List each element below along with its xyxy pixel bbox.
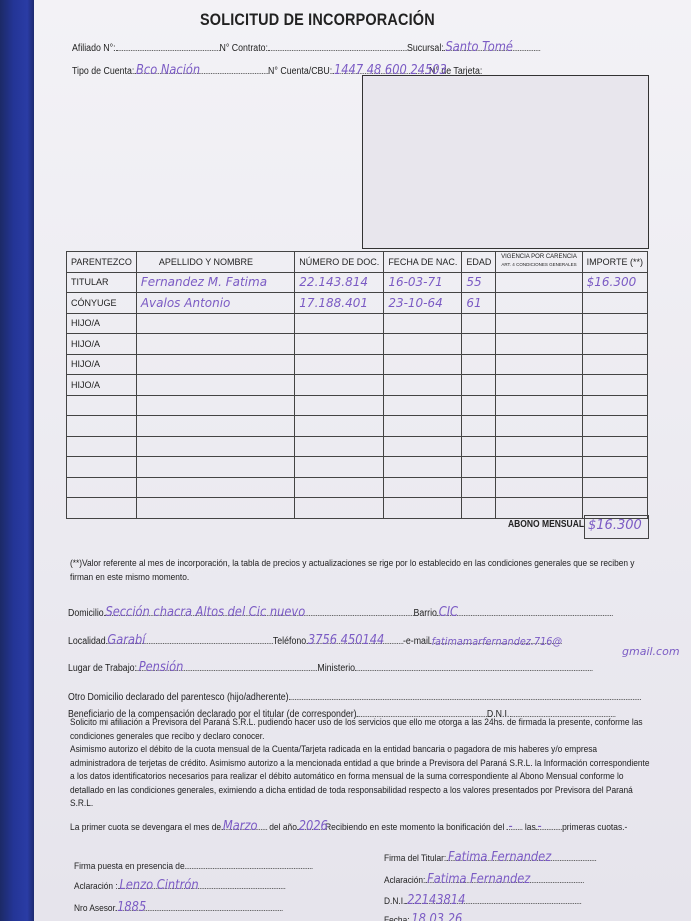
cell-importe[interactable] (582, 416, 647, 437)
asesor-row: Nro Asesor1885 (74, 900, 283, 914)
cell-vigencia[interactable] (496, 293, 582, 314)
trabajo-row: Lugar de Trabajo:PensiónMinisterio (68, 660, 593, 674)
telefono-field[interactable]: 3756 450144 (306, 633, 403, 647)
table-row: HIJO/A (67, 354, 648, 375)
cell-fecha[interactable] (384, 313, 462, 334)
cuenta-label: N° Cuenta/CBU: (268, 66, 332, 77)
cell-doc[interactable]: 17.188.401 (295, 293, 384, 314)
afiliado-label: Afiliado N°: (72, 43, 116, 54)
col-importe: IMPORTE (**) (582, 252, 647, 273)
cell-edad[interactable] (462, 313, 496, 334)
binder-edge (0, 0, 34, 921)
cell-nombre[interactable] (136, 334, 294, 355)
primeras-label: primeras cuotas.- (562, 822, 627, 833)
cell-doc[interactable] (295, 498, 384, 519)
asesor-label: Nro Asesor (74, 903, 115, 914)
contrato-field[interactable] (268, 40, 407, 54)
cell-doc[interactable] (295, 457, 384, 478)
cell-fecha[interactable] (384, 395, 462, 416)
cell-importe[interactable] (582, 293, 647, 314)
dni-right-field[interactable]: 22143814 (405, 893, 581, 907)
aclaracion-right-row: Aclaración:Fatima Fernandez (384, 872, 584, 886)
cell-edad[interactable] (462, 354, 496, 375)
presencia-row: Firma puesta en presencia de (74, 858, 312, 872)
cell-nombre[interactable] (136, 395, 294, 416)
cell-fecha[interactable]: 16-03-71 (384, 272, 462, 293)
table-row: HIJO/A (67, 334, 648, 355)
fecha-field[interactable]: 18.03.26 (410, 912, 586, 921)
email-label: e-mail (406, 636, 430, 647)
cell-parentezco (67, 477, 137, 498)
table-row: HIJO/A (67, 313, 648, 334)
terms-paragraph-2: Asimismo autorizo el débito de la cuota … (70, 743, 653, 811)
cell-fecha[interactable] (384, 375, 462, 396)
cell-parentezco (67, 416, 137, 437)
cell-importe[interactable] (582, 354, 647, 375)
otro-domicilio-field[interactable] (289, 689, 641, 703)
cell-vigencia[interactable] (496, 457, 582, 478)
otro-domicilio-row: Otro Domicilio declarado del parentesco … (68, 689, 641, 703)
titular-signature-row: Firma del Titular:Fatima Fernandez (384, 850, 596, 864)
titular-signature-field[interactable]: Fatima Fernandez (446, 850, 596, 864)
table-row: CÓNYUGEAvalos Antonio17.188.40123-10-646… (67, 293, 648, 314)
cell-vigencia[interactable] (496, 375, 582, 396)
cell-parentezco: HIJO/A (67, 334, 137, 355)
aclaracion-right-field[interactable]: Fatima Fernandez (425, 872, 583, 886)
asesor-field[interactable]: 1885 (115, 900, 282, 914)
cell-parentezco (67, 395, 137, 416)
bonificacion-label: Recibiendo en este momento la bonificaci… (325, 822, 504, 833)
cell-doc[interactable]: 22.143.814 (295, 272, 384, 293)
cell-nombre[interactable] (136, 416, 294, 437)
abono-field[interactable]: $16.300 (584, 515, 649, 539)
cell-fecha[interactable] (384, 457, 462, 478)
anio-label: del año (269, 822, 297, 833)
email-field[interactable]: fatimamarfernandez.716@ (430, 633, 562, 647)
tipo-cuenta-field[interactable]: Bco Nación (134, 63, 268, 77)
footnote: (**)Valor referente al mes de incorporac… (70, 557, 653, 584)
cuota-anio-field[interactable]: 2026 (297, 819, 325, 833)
cell-parentezco: TITULAR (67, 272, 137, 293)
aclaracion-left-field[interactable]: Lenzo Cintrón (118, 878, 285, 892)
cell-doc[interactable] (295, 334, 384, 355)
aclaracion-right-label: Aclaración: (384, 875, 425, 886)
cell-importe[interactable]: $16.300 (582, 272, 647, 293)
cuota-label: La primer cuota se devengara el mes de (70, 822, 221, 833)
cell-edad[interactable] (462, 477, 496, 498)
cell-vigencia[interactable] (496, 477, 582, 498)
bonificacion-field[interactable]: - (507, 819, 523, 833)
col-doc: NÚMERO DE DOC. (295, 252, 384, 273)
col-parentezco: PARENTEZCO (67, 252, 137, 273)
cell-vigencia[interactable] (496, 498, 582, 519)
presencia-signature[interactable] (185, 858, 313, 872)
barrio-label: Barrio (413, 608, 436, 619)
domicilio-field[interactable]: Sección chacra Altos del Cic nuevo (104, 605, 414, 619)
presencia-label: Firma puesta en presencia de (74, 861, 185, 872)
cuota-mes-field[interactable]: Marzo (221, 819, 267, 833)
aclaracion-left-row: Aclaración :Lenzo Cintrón (74, 878, 285, 892)
cell-importe[interactable] (582, 334, 647, 355)
cell-parentezco (67, 436, 137, 457)
cell-vigencia[interactable] (496, 416, 582, 437)
sucursal-field[interactable]: Santo Tomé (444, 40, 541, 54)
cell-edad[interactable] (462, 416, 496, 437)
cell-importe[interactable] (582, 436, 647, 457)
domicilio-row: DomicilioSección chacra Altos del Cic nu… (68, 605, 613, 619)
header-row-1: Afiliado N°:N° Contrato:Sucursal:Santo T… (72, 40, 541, 54)
cell-nombre[interactable] (136, 436, 294, 457)
table-row (67, 436, 648, 457)
table-row (67, 395, 648, 416)
email-continuation: gmail.com (622, 645, 680, 658)
cell-doc[interactable] (295, 436, 384, 457)
cell-importe[interactable] (582, 375, 647, 396)
dni-right-row: D.N.I.22143814 (384, 893, 581, 907)
cell-vigencia[interactable] (496, 272, 582, 293)
cell-vigencia[interactable] (496, 436, 582, 457)
table-row: TITULARFernandez M. Fatima22.143.81416-0… (67, 272, 648, 293)
localidad-row: LocalidadGarabíTeléfono3756 450144-e-mai… (68, 633, 562, 647)
titular-signature-label: Firma del Titular: (384, 853, 446, 864)
cell-parentezco: HIJO/A (67, 313, 137, 334)
cell-edad[interactable] (462, 375, 496, 396)
afiliado-field[interactable] (116, 40, 220, 54)
cell-parentezco (67, 498, 137, 519)
table-row (67, 416, 648, 437)
contrato-label: N° Contrato: (219, 43, 268, 54)
cell-nombre[interactable]: Fernandez M. Fatima (136, 272, 294, 293)
cell-parentezco: HIJO/A (67, 354, 137, 375)
cell-nombre[interactable] (136, 375, 294, 396)
cell-nombre[interactable] (136, 313, 294, 334)
col-nombre: APELLIDO Y NOMBRE (136, 252, 294, 273)
abono-label: ABONO MENSUAL (508, 519, 584, 530)
cell-importe[interactable] (582, 313, 647, 334)
cell-edad[interactable] (462, 334, 496, 355)
cell-doc[interactable] (295, 313, 384, 334)
cell-doc[interactable] (295, 416, 384, 437)
table-header-row: PARENTEZCO APELLIDO Y NOMBRE NÚMERO DE D… (67, 252, 648, 273)
trabajo-label: Lugar de Trabajo: (68, 663, 137, 674)
cell-doc[interactable] (295, 354, 384, 375)
localidad-label: Localidad (68, 636, 106, 647)
fecha-label: Fecha: (384, 915, 410, 921)
cell-parentezco: CÓNYUGE (67, 293, 137, 314)
cell-edad[interactable]: 61 (462, 293, 496, 314)
cell-vigencia[interactable] (496, 395, 582, 416)
cell-fecha[interactable] (384, 436, 462, 457)
cell-fecha[interactable] (384, 477, 462, 498)
cell-vigencia[interactable] (496, 313, 582, 334)
cell-nombre[interactable] (136, 477, 294, 498)
cell-doc[interactable] (295, 375, 384, 396)
aclaracion-left-label: Aclaración : (74, 881, 118, 892)
cell-nombre[interactable] (136, 498, 294, 519)
col-edad: EDAD (462, 252, 496, 273)
cell-edad[interactable] (462, 498, 496, 519)
cell-parentezco (67, 457, 137, 478)
cell-doc[interactable] (295, 395, 384, 416)
ministerio-field[interactable] (355, 660, 593, 674)
fecha-row: Fecha:18.03.26 (384, 912, 586, 921)
cell-edad[interactable] (462, 436, 496, 457)
telefono-label: Teléfono (273, 636, 306, 647)
cell-importe[interactable] (582, 477, 647, 498)
col-fecha: FECHA DE NAC. (384, 252, 462, 273)
cell-importe[interactable] (582, 457, 647, 478)
table-row (67, 498, 648, 519)
cell-edad[interactable] (462, 395, 496, 416)
tipo-cuenta-label: Tipo de Cuenta: (72, 66, 134, 77)
localidad-field[interactable]: Garabí (106, 633, 273, 647)
cell-importe[interactable] (582, 395, 647, 416)
col-vigencia: VIGENCIA POR CARENCIAART. 4 CONDICIONES … (496, 252, 582, 273)
cell-parentezco: HIJO/A (67, 375, 137, 396)
cell-fecha[interactable] (384, 334, 462, 355)
table-row: HIJO/A (67, 375, 648, 396)
cell-vigencia[interactable] (496, 334, 582, 355)
sucursal-label: Sucursal: (407, 43, 444, 54)
cell-fecha[interactable] (384, 416, 462, 437)
table-row (67, 457, 648, 478)
members-table: PARENTEZCO APELLIDO Y NOMBRE NÚMERO DE D… (66, 251, 648, 519)
las-label: las (525, 822, 536, 833)
cell-edad[interactable]: 55 (462, 272, 496, 293)
cell-fecha[interactable] (384, 498, 462, 519)
trabajo-field[interactable]: Pensión (137, 660, 317, 674)
cuota-row: La primer cuota se devengara el mes deMa… (70, 819, 627, 833)
cell-edad[interactable] (462, 457, 496, 478)
dni-right-label: D.N.I. (384, 896, 405, 907)
cell-doc[interactable] (295, 477, 384, 498)
barrio-field[interactable]: CIC (437, 605, 613, 619)
cell-fecha[interactable]: 23-10-64 (384, 293, 462, 314)
ministerio-label: Ministerio (317, 663, 355, 674)
las-field[interactable]: - (536, 819, 562, 833)
card-number-box[interactable] (362, 75, 649, 249)
table-row (67, 477, 648, 498)
domicilio-label: Domicilio (68, 608, 104, 619)
otro-domicilio-label: Otro Domicilio declarado del parentesco … (68, 692, 289, 703)
cell-fecha[interactable] (384, 354, 462, 375)
cell-nombre[interactable] (136, 354, 294, 375)
cell-nombre[interactable]: Avalos Antonio (136, 293, 294, 314)
terms-paragraph-1: Solicito mi afiliación a Previsora del P… (70, 716, 653, 743)
cell-vigencia[interactable] (496, 354, 582, 375)
cell-nombre[interactable] (136, 457, 294, 478)
page-title: SOLICITUD DE INCORPORACIÓN (200, 10, 435, 30)
